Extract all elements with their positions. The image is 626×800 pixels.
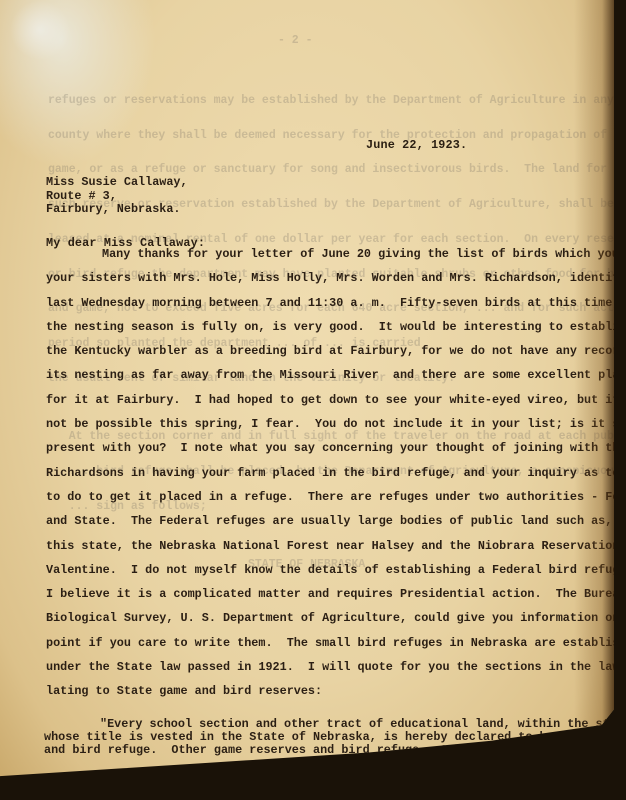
recipient-address: Miss Susie Callaway, Route # 3, Fairbury…: [46, 176, 188, 217]
body-line: your sisters with Mrs. Hole, Miss Holly,…: [46, 266, 586, 290]
bleed-through-line: refuges or reservations may be establish…: [48, 95, 568, 107]
body-line: this state, the Nebraska National Forest…: [46, 534, 586, 558]
body-line: not be possible this spring, I fear. You…: [46, 412, 586, 436]
body-line: point if you care to write them. The sma…: [46, 631, 586, 655]
law-quotation: "Every school section and other tract of…: [44, 718, 604, 758]
quote-line: and bird refuge. Other game reserves and…: [44, 744, 604, 757]
body-line: last Wednesday morning between 7 and 11:…: [46, 291, 586, 315]
recipient-route: Route # 3,: [46, 190, 188, 204]
page-edge-shadow: [574, 0, 614, 788]
recipient-name: Miss Susie Callaway,: [46, 176, 188, 190]
body-line: for it at Fairbury. I had hoped to get d…: [46, 388, 586, 412]
letter-date: June 22, 1923.: [366, 138, 467, 152]
body-line: I believe it is a complicated matter and…: [46, 582, 586, 606]
letter-body: Many thanks for your letter of June 20 g…: [46, 270, 586, 704]
body-line: lating to State game and bird reserves:: [46, 679, 586, 703]
body-line: its nesting as far away from the Missour…: [46, 363, 586, 387]
body-line: under the State law passed in 1921. I wi…: [46, 655, 586, 679]
letter-page: - 2 - refuges or reservations may be est…: [0, 0, 614, 788]
body-line: Valentine. I do not myself know the deta…: [46, 558, 586, 582]
body-line: Many thanks for your letter of June 20 g…: [46, 242, 586, 266]
body-line: Biological Survey, U. S. Department of A…: [46, 606, 586, 630]
body-line: Richardsons in having your farm placed i…: [46, 461, 586, 485]
bleed-through-page-number: - 2 -: [278, 35, 313, 47]
body-line: the nesting season is fully on, is very …: [46, 315, 586, 339]
body-line: the Kentucky warbler as a breeding bird …: [46, 339, 586, 363]
body-line: present with you? I note what you say co…: [46, 436, 586, 460]
bleed-through-line: county where they shall be deemed necess…: [48, 130, 568, 142]
body-line: to do to get it placed in a refuge. Ther…: [46, 485, 586, 509]
body-line: and State. The Federal refuges are usual…: [46, 509, 586, 533]
water-stain: [10, 0, 70, 60]
recipient-city: Fairbury, Nebraska.: [46, 203, 188, 217]
